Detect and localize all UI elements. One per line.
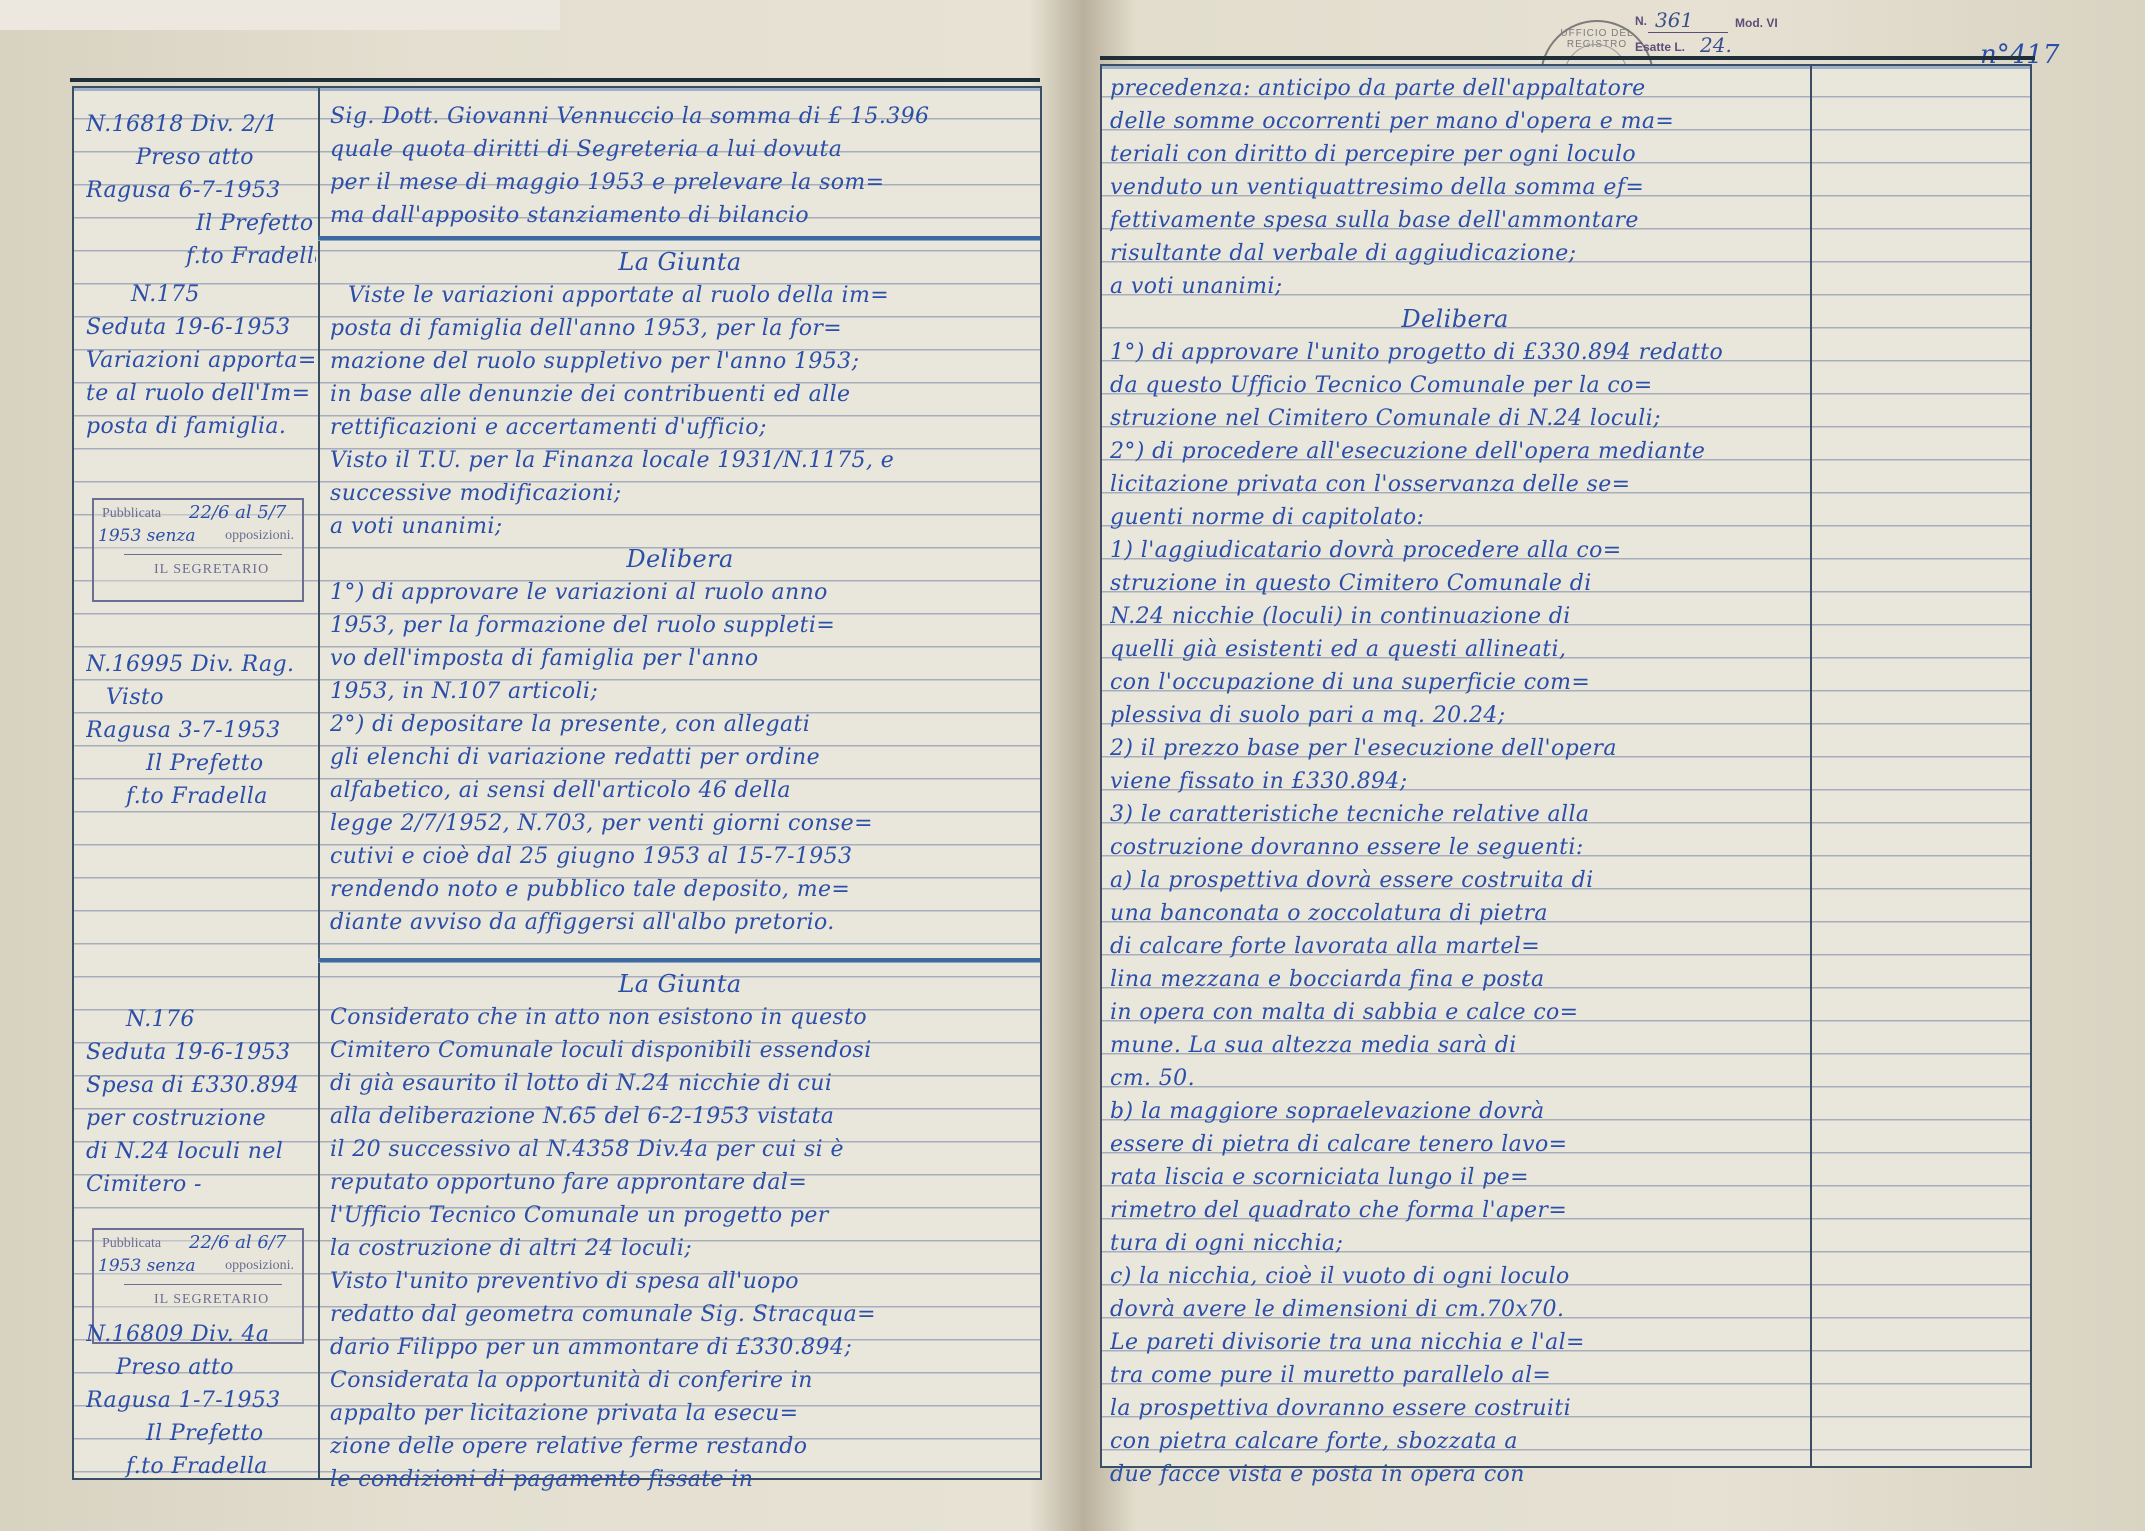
delibera-heading-176: Delibera: [1110, 303, 1800, 336]
margin-entry-176: N.176 Seduta 19-6-1953 Spesa di £330.894…: [86, 1003, 316, 1201]
margin-note-2: N.16995 Div. Rag. Visto Ragusa 3-7-1953 …: [86, 648, 316, 813]
right-margin-divider: [1810, 66, 1812, 1466]
left-page: N.16818 Div. 2/1 Preso atto Ragusa 6-7-1…: [30, 62, 1040, 1482]
section-175-heading: La Giunta: [330, 246, 1030, 279]
right-page-frame: precedenza: anticipo da parte dell'appal…: [1100, 64, 2032, 1468]
section-176: La Giunta Considerato che in atto non es…: [330, 968, 1030, 1496]
right-page: precedenza: anticipo da parte dell'appal…: [1100, 52, 2100, 1482]
frame-top-rule-right: [1100, 56, 2035, 60]
section-176-heading: La Giunta: [330, 968, 1030, 1001]
left-body-column: Sig. Dott. Giovanni Vennuccio la somma d…: [324, 88, 1032, 1478]
ledger-photo: N.16818 Div. 2/1 Preso atto Ragusa 6-7-1…: [0, 0, 2145, 1531]
left-margin-column: N.16818 Div. 2/1 Preso atto Ragusa 6-7-1…: [74, 88, 318, 1478]
section-separator-1: [318, 236, 1040, 241]
left-page-frame: N.16818 Div. 2/1 Preso atto Ragusa 6-7-1…: [72, 86, 1042, 1480]
section-separator-2: [318, 958, 1040, 963]
margin-divider: [318, 88, 320, 1478]
right-margin-column: [1814, 66, 2030, 1466]
delibera-heading-175: Delibera: [330, 543, 1030, 576]
right-body-column: precedenza: anticipo da parte dell'appal…: [1102, 66, 1802, 1466]
frame-top-rule: [70, 78, 1040, 82]
top-strip: [0, 0, 560, 30]
margin-note-3: N.16809 Div. 4a Preso atto Ragusa 1-7-19…: [86, 1318, 316, 1483]
section-175: La Giunta Viste le variazioni apportate …: [330, 246, 1030, 939]
continuation-text: Sig. Dott. Giovanni Vennuccio la somma d…: [330, 100, 929, 232]
right-continuation: precedenza: anticipo da parte dell'appal…: [1110, 72, 1800, 1491]
margin-note-1: N.16818 Div. 2/1 Preso atto Ragusa 6-7-1…: [86, 108, 316, 273]
margin-entry-175: N.175 Seduta 19-6-1953 Variazioni apport…: [86, 278, 316, 443]
publication-stamp-1: Pubblicata 22/6 al 5/7 1953 senza opposi…: [92, 498, 304, 602]
